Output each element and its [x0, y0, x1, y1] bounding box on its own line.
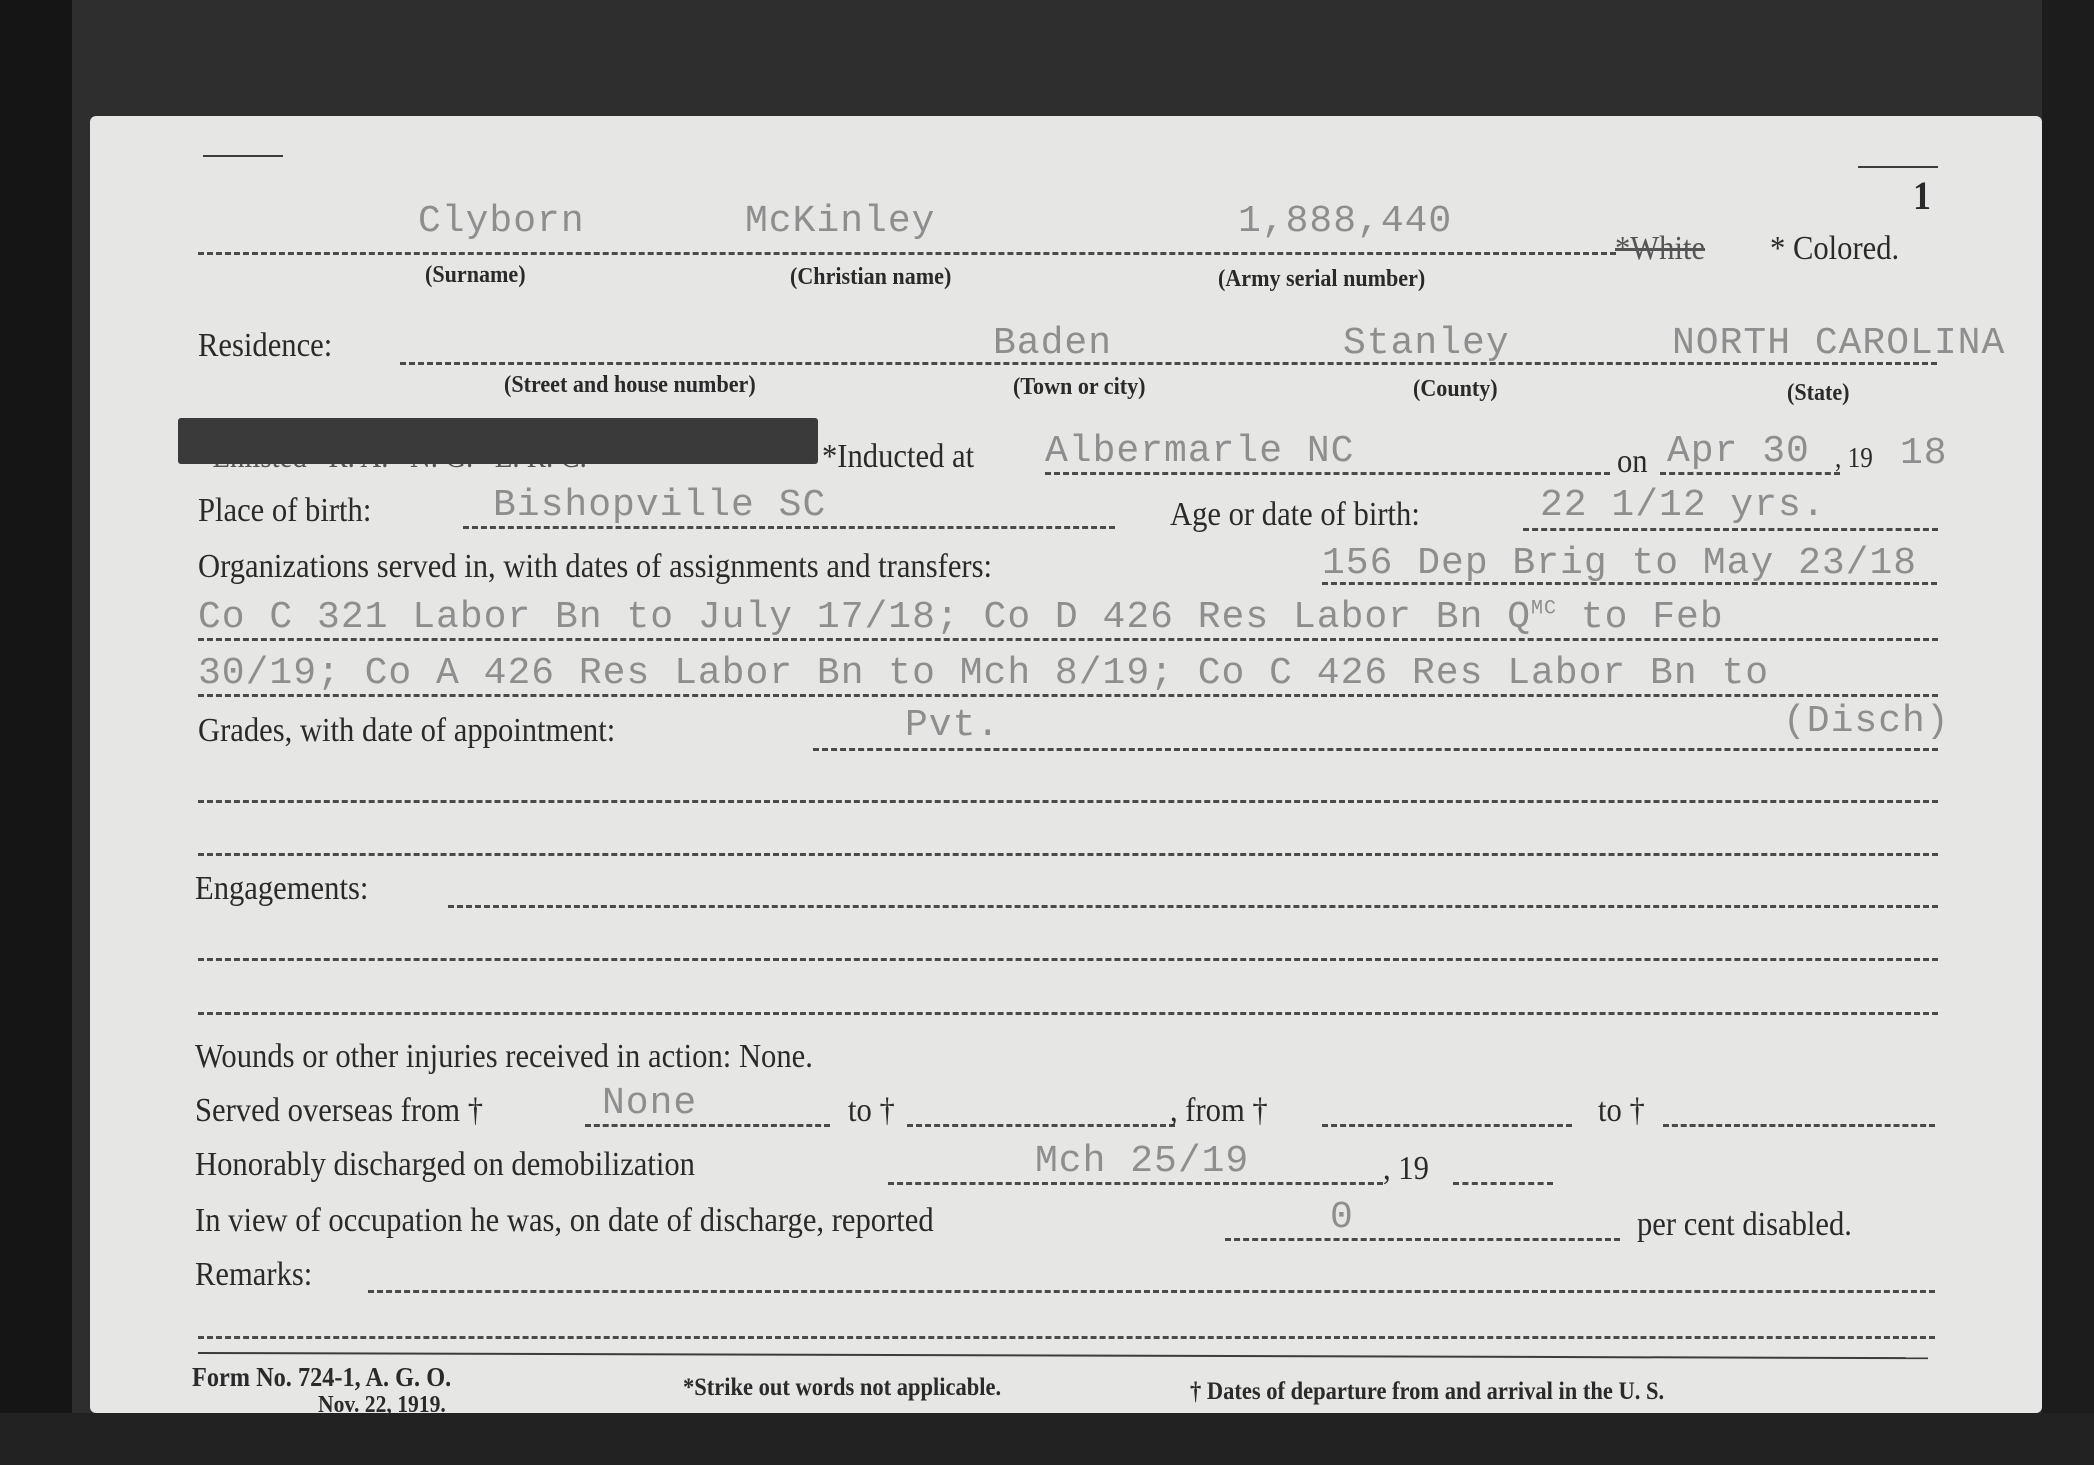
inducted-place-line [1045, 472, 1610, 475]
serial-number-caption: (Army serial number) [1218, 266, 1425, 293]
race-colored: * Colored. [1770, 230, 1899, 268]
overseas-to-line [907, 1124, 1175, 1127]
residence-label: Residence: [198, 327, 332, 365]
grades-line [813, 748, 1938, 751]
residence-county: Stanley [1343, 322, 1510, 365]
discharge-year-label: , 19 [1383, 1150, 1429, 1188]
discharge-date: Mch 25/19 [1035, 1140, 1249, 1183]
overseas-from-value: None [602, 1082, 697, 1125]
scanner-bottom-border [0, 1413, 2094, 1465]
strike-out-note: *Strike out words not applicable. [683, 1374, 1001, 1402]
disability-value: 0 [1330, 1196, 1354, 1239]
engagements-blank-line-2 [198, 1012, 1938, 1015]
name-row-line [198, 252, 1616, 255]
remarks-line [368, 1290, 1935, 1293]
age-line [1523, 528, 1938, 531]
race-white-struck: *White [1615, 230, 1705, 268]
organizations-line4: (Disch) [1783, 700, 1950, 743]
overseas-label: Served overseas from † [195, 1092, 483, 1130]
christian-name-caption: (Christian name) [790, 264, 951, 291]
scanner-right-border [2042, 0, 2094, 1465]
discharge-label: Honorably discharged on demobilization [195, 1146, 695, 1184]
grades-value: Pvt. [905, 704, 1000, 747]
overseas-from2-line [1322, 1124, 1572, 1127]
disability-suffix: per cent disabled. [1637, 1206, 1852, 1244]
engagements-blank-line-1 [198, 958, 1938, 961]
inducted-date-line [1660, 472, 1840, 475]
birthplace-label: Place of birth: [198, 492, 371, 530]
form-date: Nov. 22, 1919. [318, 1392, 446, 1419]
discharge-year-line [1453, 1182, 1553, 1185]
inducted-date: Apr 30 [1667, 430, 1810, 473]
overseas-to2-label: to † [1598, 1092, 1645, 1130]
organizations-line1-rule [1322, 582, 1937, 585]
disability-line [1225, 1238, 1620, 1241]
dates-note: † Dates of departure from and arrival in… [1190, 1378, 1664, 1406]
engagements-label: Engagements: [195, 870, 368, 908]
scanner-left-border [0, 0, 72, 1465]
surname-value: Clyborn [418, 200, 585, 243]
grades-blank-line-1 [198, 800, 1938, 803]
redaction-bar [178, 418, 818, 464]
organizations-line3-rule [198, 694, 1938, 697]
organizations-line2: Co C 321 Labor Bn to July 17/18; Co D 42… [198, 596, 1724, 639]
residence-state: NORTH CAROLINA [1672, 322, 2005, 365]
organizations-line2-rule [198, 638, 1938, 641]
age-value: 22 1/12 yrs. [1540, 484, 1826, 527]
inducted-place: Albermarle NC [1045, 430, 1354, 473]
birthplace-line [463, 526, 1115, 529]
form-number: Form No. 724-1, A. G. O. [192, 1362, 451, 1393]
inducted-year-suffix: 18 [1900, 432, 1948, 475]
wounds-label: Wounds or other injuries received in act… [195, 1038, 813, 1076]
organizations-label: Organizations served in, with dates of a… [198, 548, 992, 586]
serial-number-value: 1,888,440 [1238, 200, 1452, 243]
street-caption: (Street and house number) [504, 372, 756, 399]
organizations-line3: 30/19; Co A 426 Res Labor Bn to Mch 8/19… [198, 652, 1769, 695]
town-caption: (Town or city) [1013, 374, 1145, 401]
remarks-label: Remarks: [195, 1256, 312, 1294]
organizations-line1: 156 Dep Brig to May 23/18 [1322, 542, 1917, 585]
remarks-blank-line [198, 1336, 1935, 1339]
residence-line [400, 362, 1937, 365]
overseas-to-label: to † [848, 1092, 895, 1130]
county-caption: (County) [1413, 376, 1498, 403]
wounds-value: None. [739, 1038, 813, 1075]
overseas-to2-line [1663, 1124, 1935, 1127]
inducted-label: *Inducted at [822, 438, 974, 476]
top-left-mark [203, 155, 283, 157]
birthplace-value: Bishopville SC [493, 484, 826, 527]
disability-label: In view of occupation he was, on date of… [195, 1202, 934, 1240]
overseas-from-line [585, 1124, 830, 1127]
age-label: Age or date of birth: [1170, 496, 1420, 534]
state-caption: (State) [1787, 380, 1850, 407]
top-right-mark [1858, 166, 1938, 168]
inducted-year-prefix: , 19 [1835, 443, 1873, 475]
residence-town: Baden [993, 322, 1112, 365]
christian-name-value: McKinley [745, 200, 935, 243]
card-number: 1 [1913, 172, 1931, 219]
overseas-from2-label: , from † [1170, 1092, 1268, 1130]
on-label: on [1617, 443, 1648, 481]
grades-blank-line-2 [198, 853, 1938, 856]
engagements-line [448, 905, 1938, 908]
discharge-date-line [888, 1182, 1383, 1185]
surname-caption: (Surname) [425, 262, 526, 289]
grades-label: Grades, with date of appointment: [198, 712, 615, 750]
